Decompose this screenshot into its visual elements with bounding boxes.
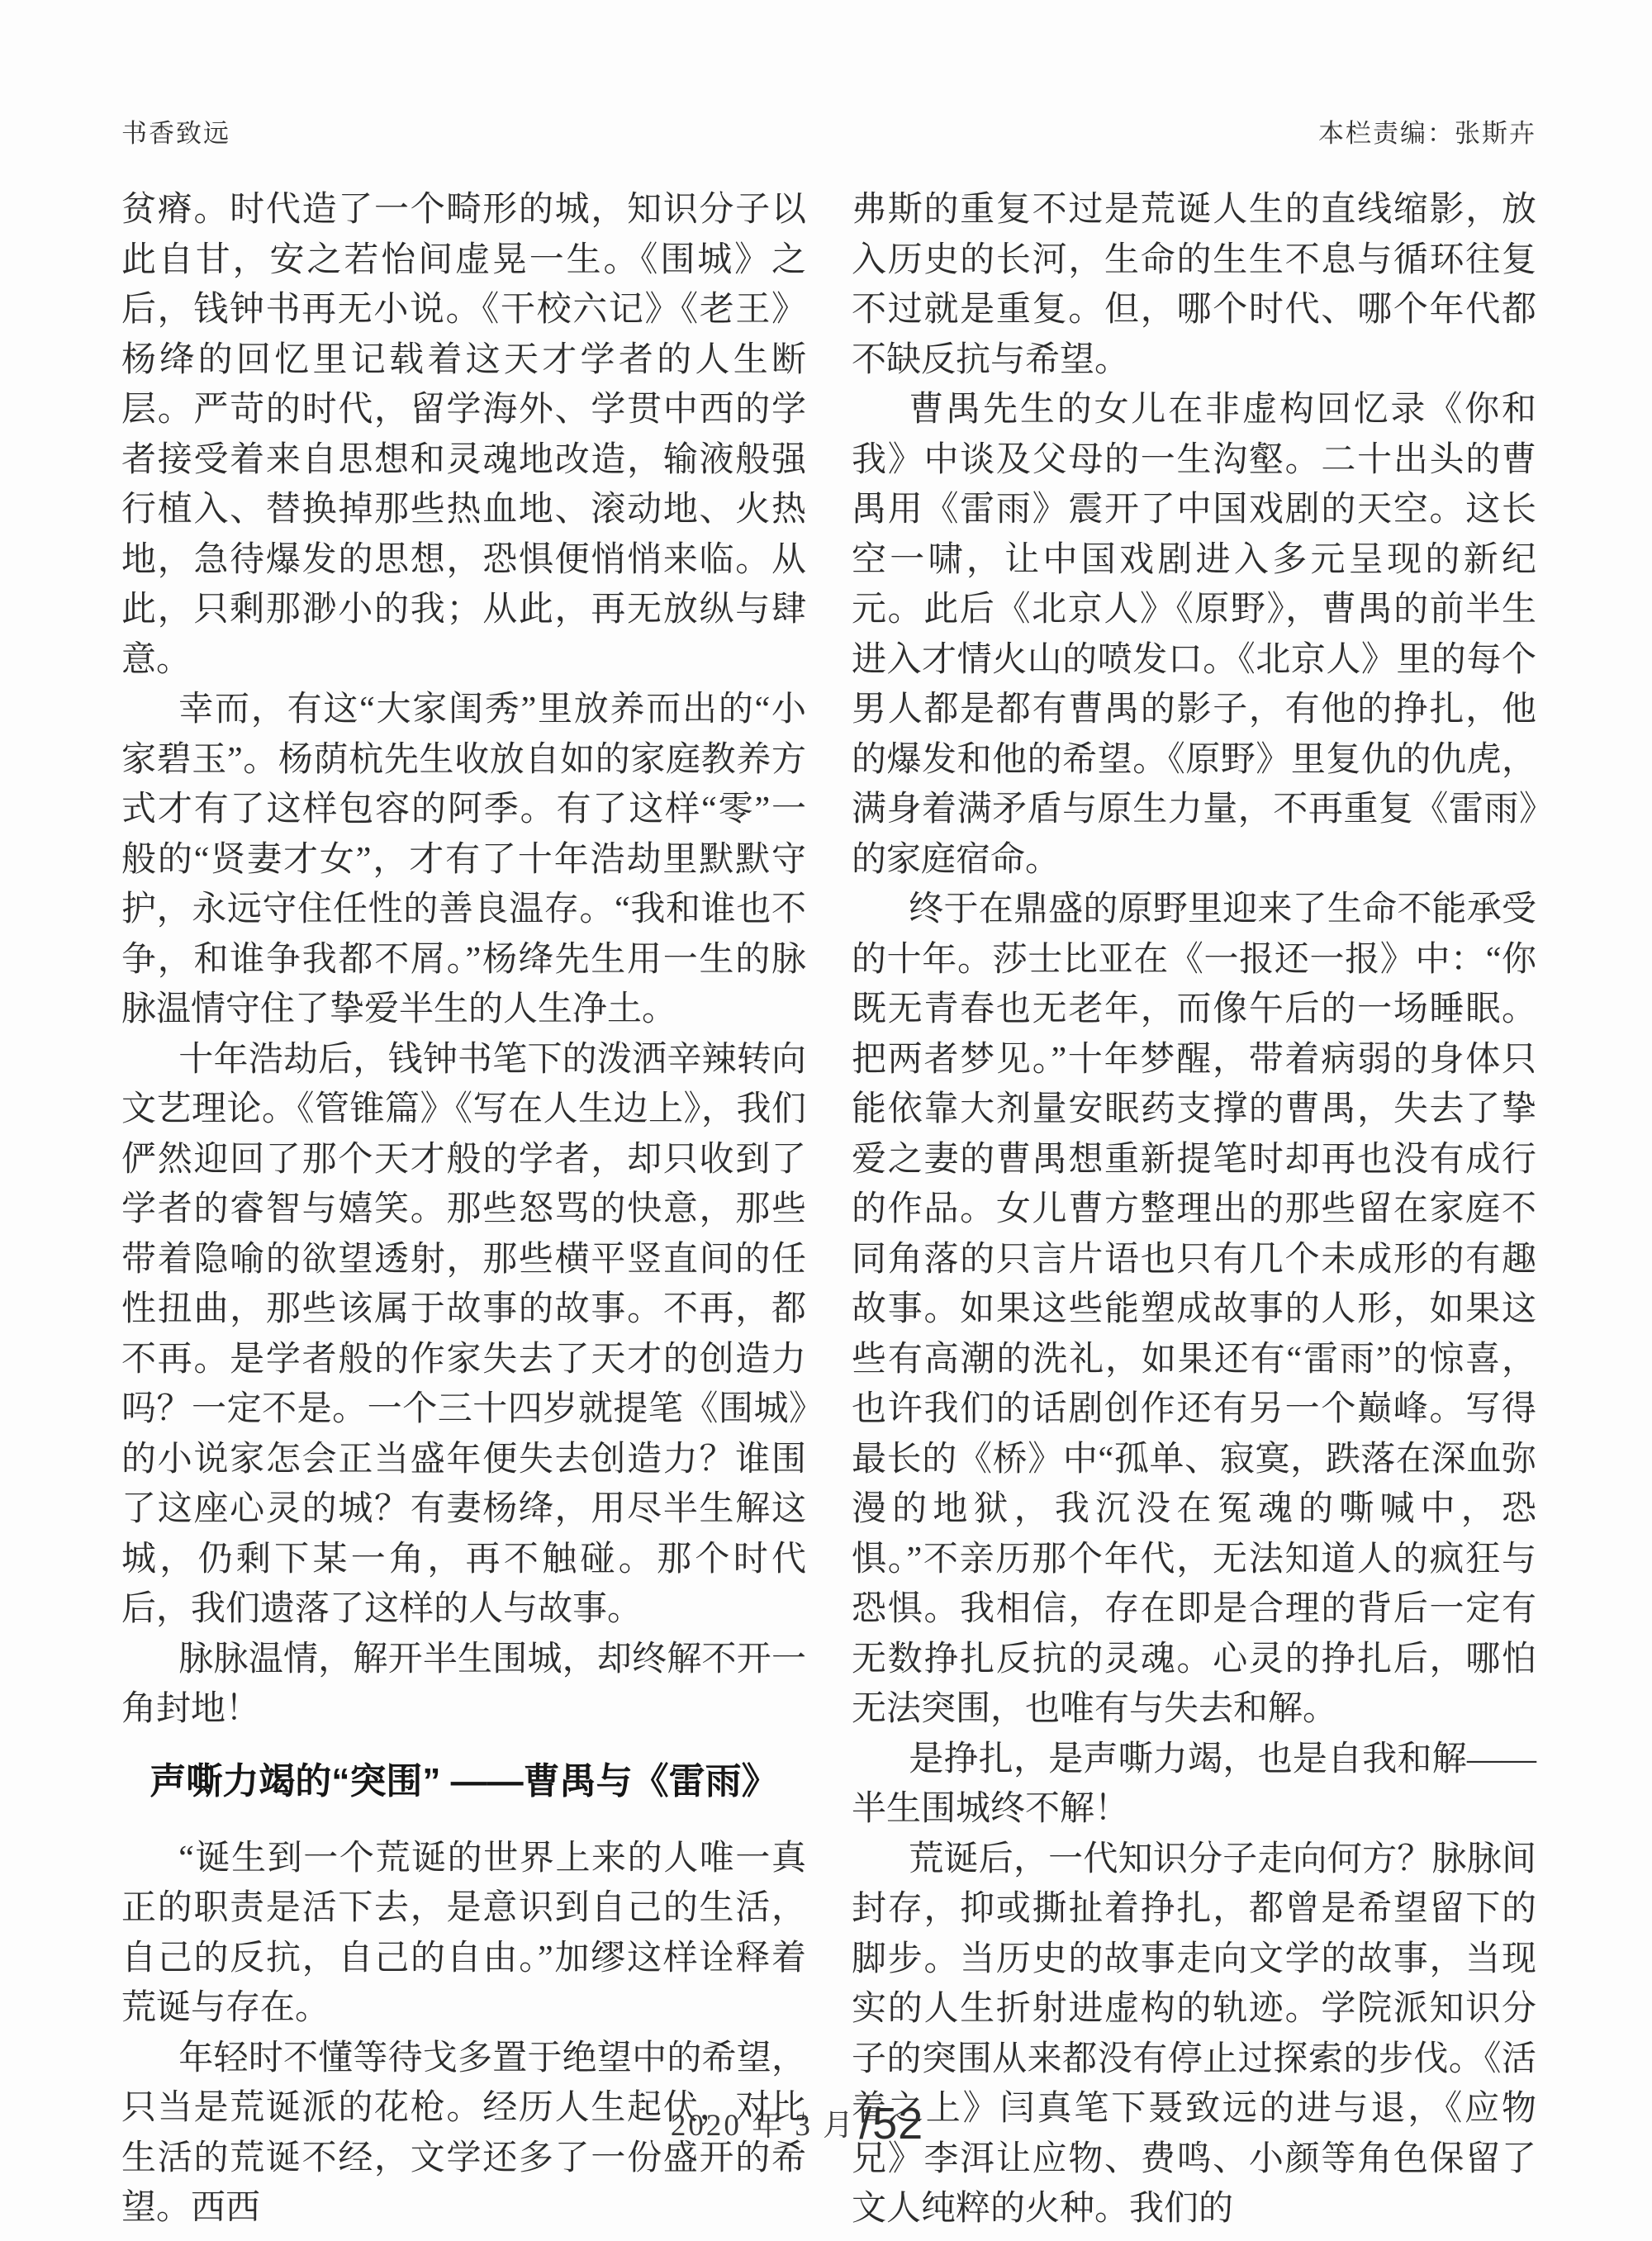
- paragraph: 幸而，有这“大家闺秀”里放养而出的“小家碧玉”。杨荫杭先生收放自如的家庭教养方式…: [121, 685, 806, 1035]
- paragraph: 十年浩劫后，钱钟书笔下的泼洒辛辣转向文艺理论。《管锥篇》《写在人生边上》，我们俨…: [121, 1035, 806, 1635]
- paragraph: 终于在鼎盛的原野里迎来了生命不能承受的十年。莎士比亚在《一报还一报》中：“你既无…: [852, 885, 1536, 1735]
- section-heading: 声嘶力竭的“突围” ——曹禺与《雷雨》: [121, 1756, 806, 1807]
- left-column: 贫瘠。时代造了一个畸形的城，知识分子以此自甘，安之若怡间虚晃一生。《围城》之后，…: [121, 185, 806, 2234]
- paragraph-quote: “诞生到一个荒诞的世界上来的人唯一真正的职责是活下去，是意识到自己的生活，自己的…: [121, 1834, 806, 2034]
- paragraph: 脉脉温情，解开半生围城，却终解不开一角封地！: [121, 1635, 806, 1735]
- paragraph: 是挣扎，是声嘶力竭，也是自我和解——半生围城终不解！: [852, 1735, 1536, 1835]
- magazine-page: 书香致远 本栏责编：张斯卉 贫瘠。时代造了一个畸形的城，知识分子以此自甘，安之若…: [0, 0, 1652, 2241]
- page-footer: 2020 年 3 月 /52: [0, 2098, 1594, 2149]
- editor-credit: 本栏责编：张斯卉: [1318, 117, 1536, 150]
- page-header: 书香致远 本栏责编：张斯卉: [121, 117, 1536, 150]
- paragraph: 曹禺先生的女儿在非虚构回忆录《你和我》中谈及父母的一生沟壑。二十出头的曹禺用《雷…: [852, 385, 1536, 885]
- issue-date: 2020 年 3 月: [671, 2109, 856, 2143]
- right-column: 弗斯的重复不过是荒诞人生的直线缩影，放入历史的长河，生命的生生不息与循环往复不过…: [852, 185, 1536, 2234]
- paragraph: 荒诞后，一代知识分子走向何方？脉脉间封存，抑或撕扯着挣扎，都曾是希望留下的脚步。…: [852, 1835, 1536, 2234]
- column-title: 书香致远: [121, 117, 230, 150]
- page-number: /52: [859, 2099, 923, 2148]
- paragraph-continuation: 弗斯的重复不过是荒诞人生的直线缩影，放入历史的长河，生命的生生不息与循环往复不过…: [852, 185, 1536, 385]
- article-body: 贫瘠。时代造了一个畸形的城，知识分子以此自甘，安之若怡间虚晃一生。《围城》之后，…: [121, 185, 1536, 2234]
- paragraph-continuation: 贫瘠。时代造了一个畸形的城，知识分子以此自甘，安之若怡间虚晃一生。《围城》之后，…: [121, 185, 806, 685]
